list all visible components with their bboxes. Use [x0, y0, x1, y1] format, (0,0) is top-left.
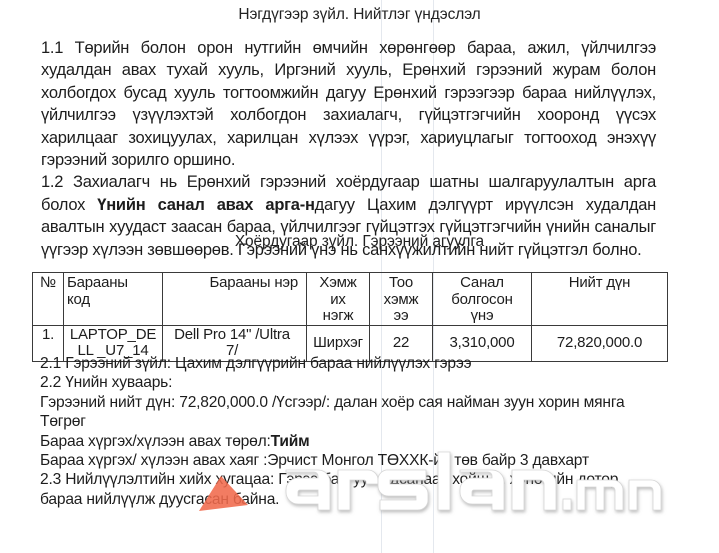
section-1-body: 1.1 Төрийн болон орон нутгийн өмчийн хөр… — [41, 37, 656, 261]
section-2-heading: Хоёрдугаар зүйл. Гэрээний агуулга — [0, 233, 719, 251]
col-header-unit: Хэмжихнэгж — [307, 273, 370, 326]
clause-2-2: 2.2 Үнийн хуваарь: — [40, 373, 680, 392]
col-header-total: Нийт дүн — [532, 273, 668, 326]
clause-2-1: 2.1 Гэрээний зүйл: Цахим дэлгүүрийн бара… — [40, 354, 680, 373]
col-header-code: Барааныкод — [64, 273, 163, 326]
delivery-type-line: Бараа хүргэх/хүлээн авах төрөл:Тийм — [40, 432, 680, 451]
col-header-qty: Тоохэмжээ — [370, 273, 433, 326]
section-2-body: 2.1 Гэрээний зүйл: Цахим дэлгүүрийн бара… — [40, 354, 680, 509]
table-header-row: № Барааныкод Барааны нэр Хэмжихнэгж Тоох… — [33, 273, 668, 326]
clause-2-3-cont: бараа нийлүүлж дуусгасан байна. — [40, 490, 680, 509]
goods-table: № Барааныкод Барааны нэр Хэмжихнэгж Тоох… — [32, 272, 668, 362]
delivery-address-line: Бараа хүргэх/ хүлээн авах хаяг :Эрчист М… — [40, 451, 680, 470]
currency-line: Төгрөг — [40, 412, 680, 431]
delivery-type-value: Тийм — [271, 433, 310, 450]
clause-2-3: 2.3 Нийлүүлэлтийн хийх хугацаа: Гэрээ ба… — [40, 470, 680, 489]
col-header-name: Барааны нэр — [163, 273, 307, 326]
contract-total-line: Гэрээний нийт дүн: 72,820,000.0 /Үсгээр/… — [40, 393, 680, 412]
section-1-heading: Нэгдүгээр зүйл. Нийтлэг үндэслэл — [0, 6, 719, 24]
delivery-type-label: Бараа хүргэх/хүлээн авах төрөл: — [40, 433, 271, 450]
clause-1-2-method: Үнийн санал авах арга-н — [97, 196, 314, 214]
clause-1-1: 1.1 Төрийн болон орон нутгийн өмчийн хөр… — [41, 37, 656, 171]
col-header-price: Саналболгосонүнэ — [433, 273, 532, 326]
col-header-no: № — [33, 273, 64, 326]
